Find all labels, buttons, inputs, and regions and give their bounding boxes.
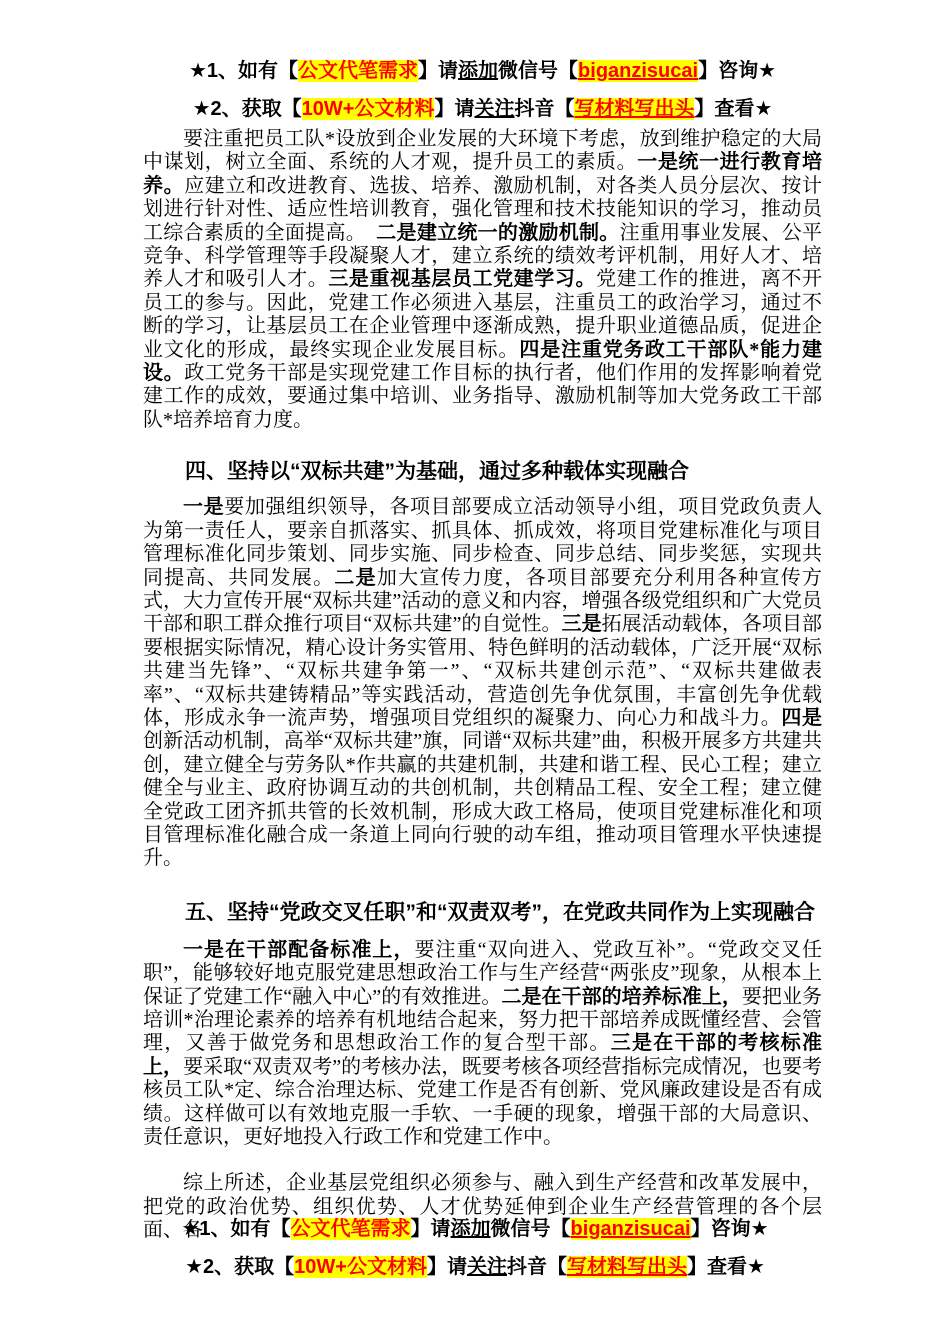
text-run: 写材料写出头 bbox=[567, 1256, 687, 1278]
text-run: biganzisucai bbox=[571, 1218, 691, 1240]
section-heading-4: 四、坚持以“双标共建”为基础，通过多种载体实现融合 bbox=[143, 458, 822, 486]
text-run: ★2、获取【 bbox=[193, 98, 302, 120]
text-run: 】请 bbox=[411, 1218, 451, 1240]
text-run: 添加 bbox=[451, 1218, 491, 1240]
paragraph-cadre-standards: 一是在干部配备标准上，要注重“双向进入、党政互补”。“党政交叉任职”，能够较好地… bbox=[143, 939, 822, 1150]
paragraph-dual-standard: 一是要加强组织领导，各项目部要成立活动领导小组，项目党政负责人为第一责任人，要亲… bbox=[143, 496, 822, 871]
text-run: 】请 bbox=[418, 60, 458, 82]
text-run: 四是 bbox=[781, 707, 822, 729]
document-page: ★1、如有【公文代笔需求】请添加微信号【biganzisucai】咨询★ ★2、… bbox=[0, 0, 950, 1344]
text-run: 抖音【 bbox=[514, 98, 574, 120]
promo-footer: ★1、如有【公文代笔需求】请添加微信号【biganzisucai】咨询★ ★2、… bbox=[0, 1210, 950, 1286]
promo-footer-line-1: ★1、如有【公文代笔需求】请添加微信号【biganzisucai】咨询★ bbox=[0, 1210, 950, 1248]
text-run: 要采取“双责双考”的考核办法，既要考核各项经营指标完成情况，也要考核员工队*定、… bbox=[143, 1056, 822, 1148]
text-run: 写材料写出头 bbox=[574, 98, 694, 120]
text-run: 二是建立统一的激励机制。 bbox=[376, 222, 619, 244]
text-run: 公文代笔需求 bbox=[298, 60, 418, 82]
text-run: 】咨询★ bbox=[691, 1218, 769, 1240]
text-run: ★1、如有【 bbox=[189, 60, 298, 82]
promo-footer-line-2: ★2、获取【10W+公文材料】请关注抖音【写材料写出头】查看★ bbox=[0, 1248, 950, 1286]
text-run: 公文代笔需求 bbox=[291, 1218, 411, 1240]
text-run: ★1、如有【 bbox=[181, 1218, 290, 1240]
text-run: 关注 bbox=[467, 1256, 507, 1278]
page-content: ★1、如有【公文代笔需求】请添加微信号【biganzisucai】咨询★ ★2、… bbox=[143, 52, 822, 1243]
promo-header-line-2: ★2、获取【10W+公文材料】请关注抖音【写材料写出头】查看★ bbox=[143, 90, 822, 128]
text-run: 10W+公文材料 bbox=[302, 98, 435, 120]
text-run: 】请 bbox=[427, 1256, 467, 1278]
text-run: 三是 bbox=[562, 613, 602, 635]
text-run: 微信号【 bbox=[498, 60, 578, 82]
text-run: 三是重视基层员工党建学习。 bbox=[328, 268, 596, 290]
promo-header-line-1: ★1、如有【公文代笔需求】请添加微信号【biganzisucai】咨询★ bbox=[143, 52, 822, 90]
text-run: 添加 bbox=[458, 60, 498, 82]
text-run: 】咨询★ bbox=[698, 60, 776, 82]
text-run: 二是 bbox=[334, 567, 377, 589]
text-run: ★2、获取【 bbox=[185, 1256, 294, 1278]
promo-header: ★1、如有【公文代笔需求】请添加微信号【biganzisucai】咨询★ ★2、… bbox=[143, 52, 822, 128]
text-run: 一是在干部配备标准上， bbox=[183, 939, 414, 961]
text-run: 关注 bbox=[474, 98, 514, 120]
text-run: 二是在干部的培养标准上， bbox=[501, 986, 741, 1008]
text-run: biganzisucai bbox=[578, 60, 698, 82]
text-run: 】请 bbox=[434, 98, 474, 120]
text-run: 创新活动机制，高举“双标共建”旗，同谱“双标共建”曲，积极开展多方共建共创，建立… bbox=[143, 730, 822, 869]
text-run: 】查看★ bbox=[694, 98, 772, 120]
text-run: 一是 bbox=[183, 496, 224, 518]
text-run: 】查看★ bbox=[687, 1256, 765, 1278]
text-run: 抖音【 bbox=[507, 1256, 567, 1278]
section-heading-5: 五、坚持“党政交叉任职”和“双责双考”，在党政共同作为上实现融合 bbox=[143, 899, 822, 927]
text-run: 政工党务干部是实现党建工作目标的执行者，他们作用的发挥影响着党建工作的成效，要通… bbox=[143, 362, 822, 431]
text-run: 10W+公文材料 bbox=[294, 1256, 427, 1278]
paragraph-staff-education: 要注重把员工队*设放到企业发展的大环境下考虑，放到维护稳定的大局中谋划，树立全面… bbox=[143, 128, 822, 432]
text-run: 微信号【 bbox=[491, 1218, 571, 1240]
